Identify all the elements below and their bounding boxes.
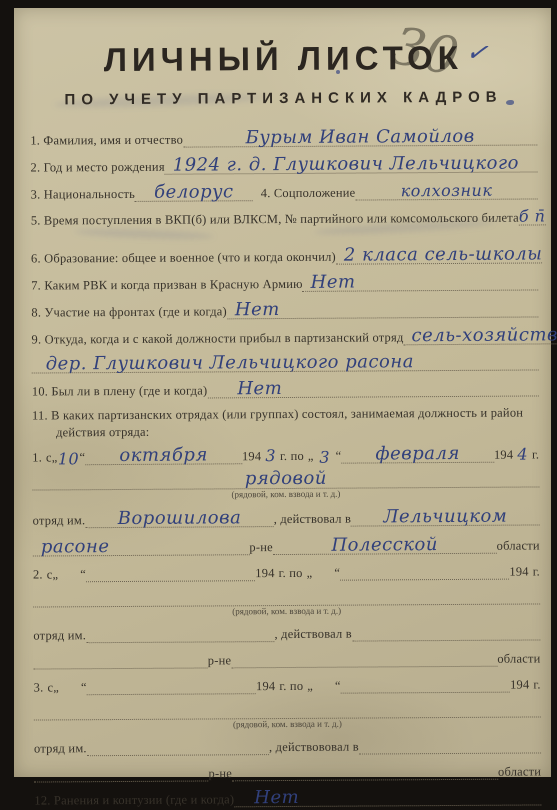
printed-text: области bbox=[497, 650, 540, 666]
printed-text: отряд им. bbox=[34, 740, 87, 756]
handwritten-month: октября bbox=[119, 444, 208, 466]
printed-text: г. по bbox=[279, 678, 303, 694]
handwritten-oblast: Полесской bbox=[331, 534, 438, 556]
printed-text: , действововал в bbox=[269, 739, 359, 756]
handwritten-day: 3 bbox=[314, 451, 336, 465]
printed-text: 194 bbox=[242, 448, 261, 464]
record3-rank-caption: (рядовой, ком. взвода и т. д.) bbox=[148, 718, 427, 730]
handwritten-year-digit: 4 bbox=[513, 448, 532, 462]
form-content: ЛИЧНЫЙ ЛИСТОК ПО УЧЕТУ ПАРТИЗАНСКИХ КАДР… bbox=[30, 24, 542, 789]
field-row-party: 5. Время поступления в ВКП(б) или ВЛКСМ,… bbox=[31, 208, 538, 228]
printed-text: отряд им. bbox=[33, 627, 86, 643]
printed-text: г. bbox=[533, 676, 540, 692]
handwritten-value: Бурым Иван Самойлов bbox=[246, 126, 475, 148]
printed-text: г. по bbox=[279, 565, 303, 581]
field-row-captivity: 10. Был ли в плену (где и когда) Нет bbox=[32, 378, 539, 399]
record2-district: р-не области bbox=[33, 650, 540, 669]
field-label: 6. Образование: общее и военное (что и к… bbox=[31, 249, 336, 267]
printed-text: г. по bbox=[280, 448, 304, 464]
printed-text: 194 bbox=[510, 677, 529, 693]
handwritten-value: Нет bbox=[235, 299, 280, 320]
record3-unit: отряд им. , действововал в bbox=[34, 737, 541, 756]
printed-text: отряд им. bbox=[33, 512, 86, 528]
document-subtitle: ПО УЧЕТУ ПАРТИЗАНСКИХ КАДРОВ bbox=[30, 88, 537, 108]
field-label: 1. Фамилия, имя и отчество bbox=[30, 132, 183, 149]
record3-rank-line bbox=[34, 700, 541, 720]
handwritten-district: расоне bbox=[41, 536, 110, 557]
record1-district: расоне р-не Полесской области bbox=[33, 535, 540, 556]
field-label: 4. Соцположение bbox=[253, 185, 356, 202]
field-label: 11. В каких партизанских отрядах (или гр… bbox=[32, 404, 539, 441]
field-label: 5. Время поступления в ВКП(б) или ВЛКСМ,… bbox=[31, 210, 519, 229]
record2-unit: отряд им. , действовал в bbox=[33, 624, 540, 643]
printed-text: г. bbox=[533, 563, 540, 579]
record-number: 3. bbox=[34, 679, 44, 695]
record2-rank-caption: (рядовой, ком. взвода и т. д.) bbox=[147, 605, 426, 617]
field-label: 2. Год и место рождения bbox=[30, 159, 164, 176]
field-row-arrival-line2: дер. Глушкович Лельчицкого расона bbox=[32, 352, 539, 373]
field-label: 9. Откуда, когда и с какой должности при… bbox=[31, 329, 403, 347]
field-row-fronts: 8. Участие на фронтах (где и когда) Нет bbox=[31, 299, 538, 320]
handwritten-value: сель-хозяйства bbox=[411, 324, 557, 346]
handwritten-value: Нет bbox=[237, 378, 282, 399]
field-row-birth: 2. Год и место рождения 1924 г. д. Глушк… bbox=[30, 154, 537, 175]
handwritten-acted-in: Лельчицком bbox=[383, 506, 507, 528]
printed-caption: (рядовой, ком. взвода и т. д.) bbox=[147, 488, 426, 500]
printed-text: 194 bbox=[509, 564, 528, 580]
printed-text: 194 bbox=[255, 565, 274, 581]
handwritten-unit-name: Ворошилова bbox=[118, 507, 242, 529]
handwritten-value: Нет bbox=[311, 272, 356, 293]
handwritten-month: февраля bbox=[375, 443, 459, 465]
printed-text: 194 bbox=[256, 678, 275, 694]
document-title: ЛИЧНЫЙ ЛИСТОК bbox=[30, 38, 537, 79]
handwritten-value: дер. Глушкович Лельчицкого расона bbox=[46, 351, 414, 374]
printed-text: р-не bbox=[208, 652, 232, 668]
printed-text: г. bbox=[532, 446, 539, 462]
handwritten-value: б п̄ bbox=[519, 206, 546, 225]
handwritten-rank: рядовой bbox=[245, 468, 327, 490]
field-label: 7. Каким РВК и когда призван в Красную А… bbox=[31, 276, 303, 294]
record1-rank-caption: (рядовой, ком. взвода и т. д.) bbox=[147, 488, 426, 500]
field-row-surname: 1. Фамилия, имя и отчество Бурым Иван Са… bbox=[30, 127, 537, 148]
printed-caption: (рядовой, ком. взвода и т. д.) bbox=[148, 718, 427, 730]
printed-text: , действовал в bbox=[274, 626, 351, 642]
printed-text: р-не bbox=[249, 539, 273, 555]
field-label: 3. Национальность bbox=[31, 186, 135, 203]
handwritten-value: колхозник bbox=[401, 181, 493, 201]
handwritten-value: 2 класа сель-школы bbox=[344, 243, 543, 265]
printed-text: 194 bbox=[494, 447, 513, 463]
record2-rank-line bbox=[33, 587, 540, 607]
printed-text: „ bbox=[307, 678, 313, 694]
handwritten-value: 1924 г. д. Глушкович Лельчицкого bbox=[173, 153, 519, 176]
printed-text: „ bbox=[53, 679, 59, 695]
document-paper: 30 ✓ ЛИЧНЫЙ ЛИСТОК ПО УЧЕТУ ПАРТИЗАНСКИХ… bbox=[14, 8, 551, 777]
printed-text: области bbox=[498, 763, 541, 779]
record1-unit: отряд им. Ворошилова , действовал в Лель… bbox=[33, 507, 540, 528]
printed-text: „ bbox=[52, 566, 58, 582]
printed-caption: (рядовой, ком. взвода и т. д.) bbox=[147, 605, 426, 617]
handwritten-year-digit: 3 bbox=[261, 449, 280, 463]
field-label: 10. Был ли в плену (где и когда) bbox=[32, 382, 208, 399]
record1-rank-line: рядовой bbox=[32, 468, 539, 490]
printed-text: , действовал в bbox=[274, 511, 351, 527]
printed-text: „ bbox=[307, 565, 313, 581]
field-label: 8. Участие на фронтах (где и когда) bbox=[31, 303, 227, 320]
record-number: 2. bbox=[33, 566, 43, 582]
printed-text: р-не bbox=[208, 765, 232, 781]
field-row-rvk: 7. Каким РВК и когда призван в Красную А… bbox=[31, 272, 538, 293]
field-row-nationality-social: 3. Национальность белорус 4. Соцположени… bbox=[31, 181, 538, 202]
field-row-arrival: 9. Откуда, когда и с какой должности при… bbox=[31, 326, 538, 347]
handwritten-value: белорус bbox=[154, 181, 234, 202]
printed-text: области bbox=[497, 537, 540, 553]
handwritten-day: 10 bbox=[57, 453, 79, 467]
record1-dates: 1. с „ 10 “ октября 194 3 г. по „ 3 “ фе… bbox=[32, 444, 539, 465]
record-number: 1. bbox=[32, 449, 42, 465]
field-row-units-header: 11. В каких партизанских отрядах (или гр… bbox=[32, 404, 539, 441]
field-row-education: 6. Образование: общее и военное (что и к… bbox=[31, 245, 538, 266]
record2-dates: 2. с „ “ 194 г. по „ “ 194 г. bbox=[33, 563, 540, 582]
record3-dates: 3. с „ “ 194 г. по „ “ 194 г. bbox=[34, 676, 541, 695]
record3-district: р-не области bbox=[34, 763, 541, 782]
